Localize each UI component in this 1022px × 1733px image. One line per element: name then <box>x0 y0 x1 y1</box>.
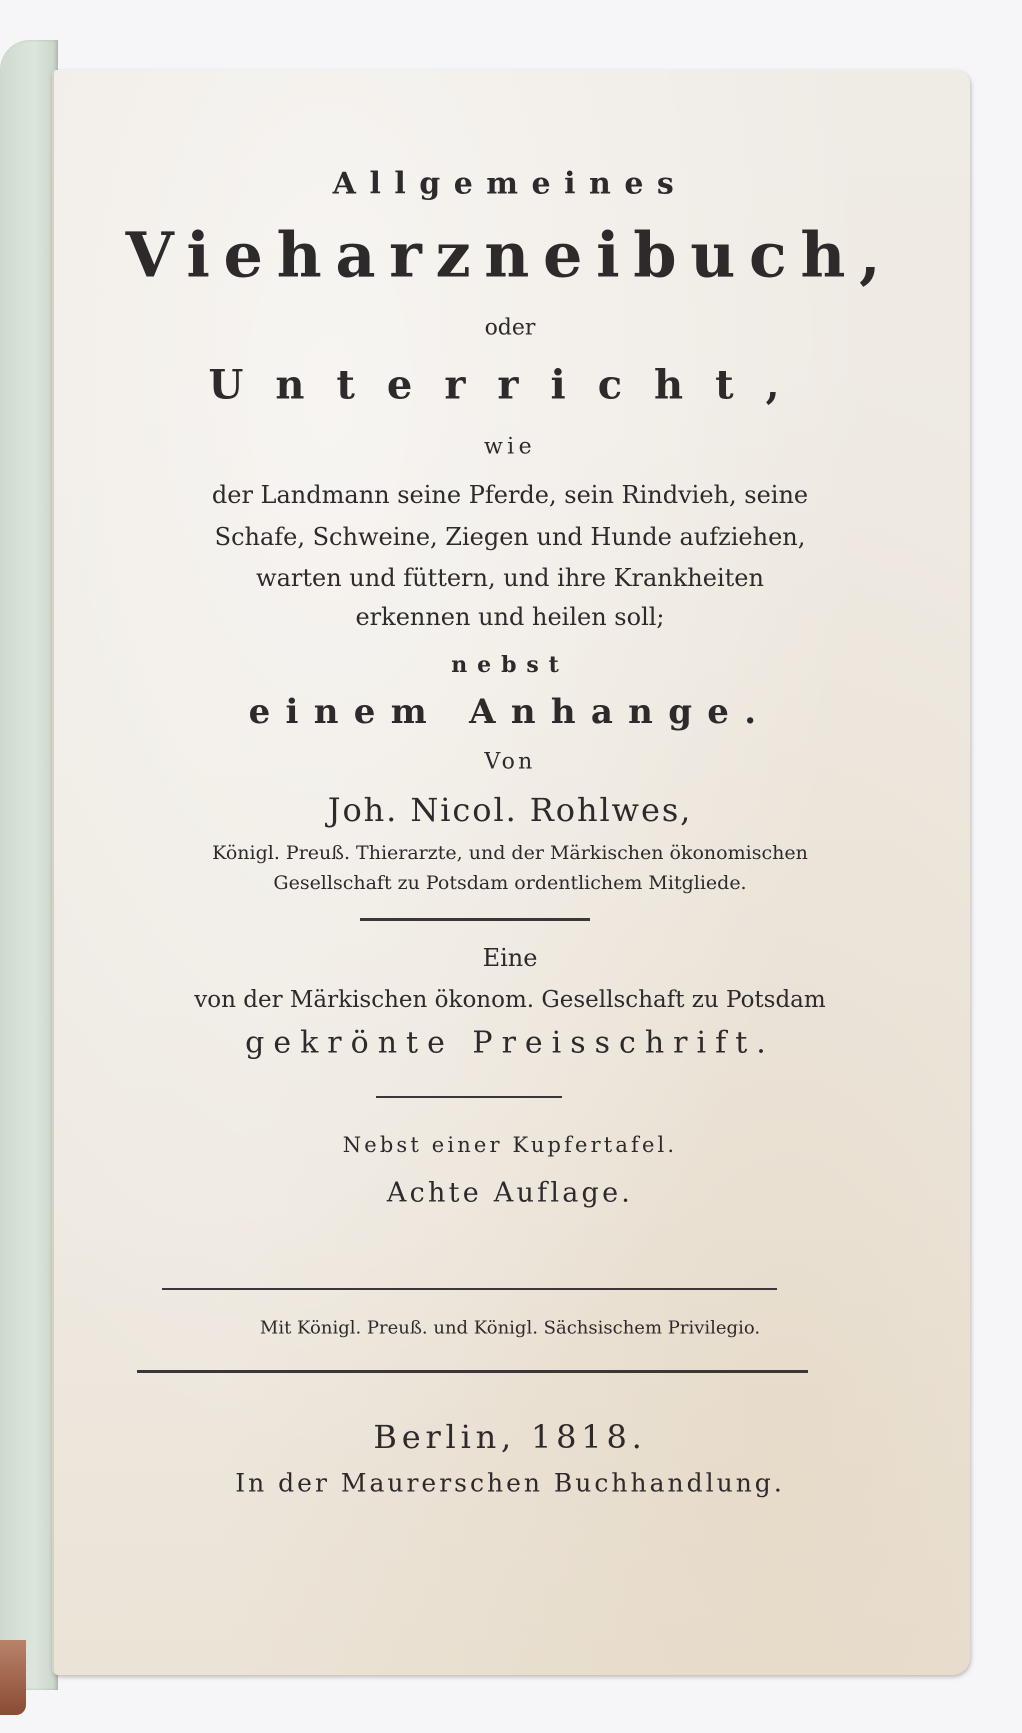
description-line-2: Schafe, Schweine, Ziegen und Hunde aufzi… <box>52 523 968 551</box>
book-title: Vieharzneibuch, <box>52 219 968 292</box>
publisher: In der Maurerschen Buchhandlung. <box>52 1469 968 1498</box>
divider-rule-4 <box>137 1370 808 1373</box>
plate-note: Nebst einer Kupfertafel. <box>52 1133 968 1157</box>
book-cover-edge <box>0 1640 26 1715</box>
word-von: Von <box>52 750 968 775</box>
divider-rule-2 <box>376 1096 562 1098</box>
divider-rule-3 <box>162 1288 777 1290</box>
prize-title: gekrönte Preisschrift. <box>52 1026 968 1061</box>
word-eine: Eine <box>52 944 968 972</box>
description-line-1: der Landmann seine Pferde, sein Rindvieh… <box>52 481 968 509</box>
prize-line: von der Märkischen ökonom. Gesellschaft … <box>52 987 968 1013</box>
appendix-line: einem Anhange. <box>52 692 968 732</box>
heading-allgemeines: Allgemeines <box>52 167 968 202</box>
description-line-4: erkennen und heilen soll; <box>52 603 968 631</box>
privilege-note: Mit Königl. Preuß. und Königl. Sächsisch… <box>52 1318 968 1339</box>
conjunction-oder: oder <box>52 316 968 341</box>
edition-note: Achte Auflage. <box>52 1178 968 1209</box>
author-desc-line-2: Gesellschaft zu Potsdam ordentlichem Mit… <box>52 872 968 894</box>
place-year: Berlin, 1818. <box>52 1418 968 1456</box>
author-name: Joh. Nicol. Rohlwes, <box>52 791 968 829</box>
book-cover-board <box>0 40 58 1690</box>
book-subtitle: Unterricht, <box>52 362 968 409</box>
divider-rule-1 <box>360 918 590 921</box>
description-line-3: warten und füttern, und ihre Krankheiten <box>52 564 968 592</box>
author-desc-line-1: Königl. Preuß. Thierarzte, und der Märki… <box>52 842 968 864</box>
word-nebst: nebst <box>52 652 968 678</box>
word-wie: wie <box>52 435 968 460</box>
